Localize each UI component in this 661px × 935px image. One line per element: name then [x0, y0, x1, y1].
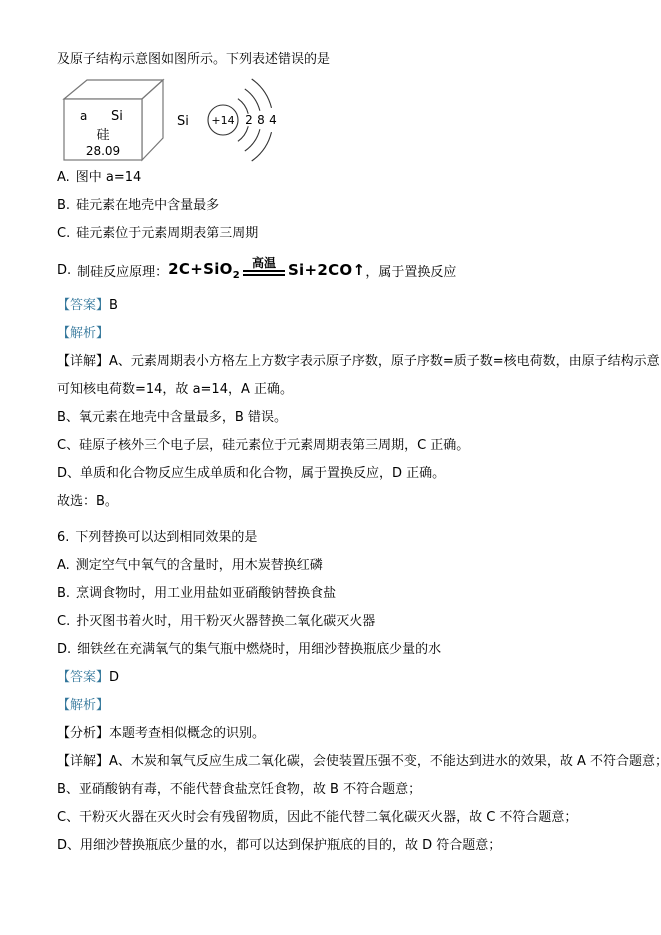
atom-shell2-electrons: 8: [257, 113, 265, 127]
question5-analysis-line: 【解析】: [57, 320, 621, 348]
question6-option-a: A.测定空气中氧气的含量时，用木炭替换红磷: [57, 552, 621, 580]
question5-detail-line: D、单质和化合物反应生成单质和化合物，属于置换反应，D 正确。: [57, 460, 621, 488]
question6-detail-line: D、用细沙替换瓶底少量的水，都可以达到保护瓶底的目的，故 D 符合题意；: [57, 832, 621, 860]
equation-subscript: 2: [233, 270, 240, 281]
atom-shell1-electrons: 2: [245, 113, 253, 127]
atom-shell3-electrons: 4: [269, 113, 277, 127]
question6-detail-line: B、亚硝酸钠有毒，不能代替食盐烹饪食物，故 B 不符合题意；: [57, 776, 621, 804]
analysis-tag: 【解析】: [57, 698, 109, 713]
option-d-label: D.: [57, 642, 71, 657]
option-b-text: 烹调食物时，用工业用盐如亚硝酸钠替换食盐: [76, 586, 336, 601]
answer-tag: 【答案】: [57, 298, 109, 313]
equation-products: Si+2CO↑: [288, 261, 365, 279]
option-d-label: D.: [57, 263, 71, 278]
option-b-label: B.: [57, 586, 70, 601]
option-c-label: C.: [57, 226, 70, 241]
option-d-text: 细铁丝在充满氧气的集气瓶中燃烧时，用细沙替换瓶底少量的水: [77, 642, 441, 657]
option-a-label: A.: [57, 170, 70, 185]
atomic-structure-diagram: Si +14 2 8 4: [176, 72, 291, 168]
answer-value: B: [109, 298, 118, 313]
atom-element-label: Si: [177, 114, 189, 129]
analysis-tag: 【解析】: [57, 326, 109, 341]
option-d-prefix: 制硅反应原理：: [77, 261, 168, 280]
question5-stem: 及原子结构示意图如图所示。下列表述错误的是: [57, 46, 621, 74]
option-c-label: C.: [57, 614, 70, 629]
option-c-text: 硅元素位于元素周期表第三周期: [76, 226, 258, 241]
cube-element-name: 硅: [96, 128, 109, 143]
option-a-text: 测定空气中氧气的含量时，用木炭替换红磷: [76, 558, 323, 573]
question6-option-c: C.扑灭图书着火时，用干粉灭火器替换二氧化碳灭火器: [57, 608, 621, 636]
atom-nucleus-charge: +14: [211, 114, 234, 127]
question6-analysis-note: 【分析】本题考查相似概念的识别。: [57, 720, 621, 748]
question5-option-b: B.硅元素在地壳中含量最多: [57, 192, 621, 220]
equation-reactants: 2C+SiO2: [168, 260, 240, 281]
question6-option-d: D.细铁丝在充满氧气的集气瓶中燃烧时，用细沙替换瓶底少量的水: [57, 636, 621, 664]
periodic-cell-cube-diagram: a Si 硅 28.09: [61, 77, 166, 163]
question6-analysis-line: 【解析】: [57, 692, 621, 720]
question5-option-d: D. 制硅反应原理： 2C+SiO2 高温 Si+2CO↑ ，属于置换反应: [57, 248, 621, 292]
question6-option-b: B.烹调食物时，用工业用盐如亚硝酸钠替换食盐: [57, 580, 621, 608]
question5-figure: a Si 硅 28.09 Si +14 2 8 4: [61, 76, 621, 164]
option-b-label: B.: [57, 198, 70, 213]
section-gap: [57, 516, 621, 524]
question6-stem-line: 6.下列替换可以达到相同效果的是: [57, 524, 621, 552]
question5-answer-line: 【答案】B: [57, 292, 621, 320]
question5-detail-line: 可知核电荷数=14，故 a=14，A 正确。: [57, 376, 621, 404]
question5-detail-line: 【详解】A、元素周期表小方格左上方数字表示原子序数，原子序数=质子数=核电荷数，…: [57, 348, 621, 376]
cube-element-symbol: Si: [111, 109, 123, 124]
gas-up-arrow-icon: ↑: [352, 261, 365, 279]
question5-detail-line: B、氧元素在地壳中含量最多，B 错误。: [57, 404, 621, 432]
question6-detail-line: C、干粉灭火器在灭火时会有残留物质，因此不能代替二氧化碳灭火器，故 C 不符合题…: [57, 804, 621, 832]
cube-atomic-number-placeholder: a: [80, 109, 87, 123]
option-a-text: 图中 a=14: [76, 170, 142, 185]
reaction-equals-line: [243, 270, 285, 276]
option-a-label: A.: [57, 558, 70, 573]
reaction-condition: 高温: [243, 256, 285, 276]
question5-option-c: C.硅元素位于元素周期表第三周期: [57, 220, 621, 248]
question6-detail-line: 【详解】A、木炭和氧气反应生成二氧化碳，会使装置压强不变，不能达到进水的效果，故…: [57, 748, 621, 776]
answer-tag: 【答案】: [57, 670, 109, 685]
option-c-text: 扑灭图书着火时，用干粉灭火器替换二氧化碳灭火器: [76, 614, 375, 629]
question6-number: 6.: [57, 530, 69, 545]
option-d-suffix: ，属于置换反应: [365, 261, 456, 280]
question5-conclusion: 故选：B。: [57, 488, 621, 516]
answer-value: D: [109, 670, 119, 685]
question6-answer-line: 【答案】D: [57, 664, 621, 692]
reaction-condition-text: 高温: [252, 256, 276, 270]
cube-atomic-mass: 28.09: [86, 144, 120, 158]
question5-option-a: A.图中 a=14: [57, 164, 621, 192]
document-page: 及原子结构示意图如图所示。下列表述错误的是 a Si 硅 28.09 Si +1…: [0, 0, 661, 935]
option-b-text: 硅元素在地壳中含量最多: [76, 198, 219, 213]
question6-stem: 下列替换可以达到相同效果的是: [75, 530, 257, 545]
question5-detail-line: C、硅原子核外三个电子层，硅元素位于元素周期表第三周期，C 正确。: [57, 432, 621, 460]
